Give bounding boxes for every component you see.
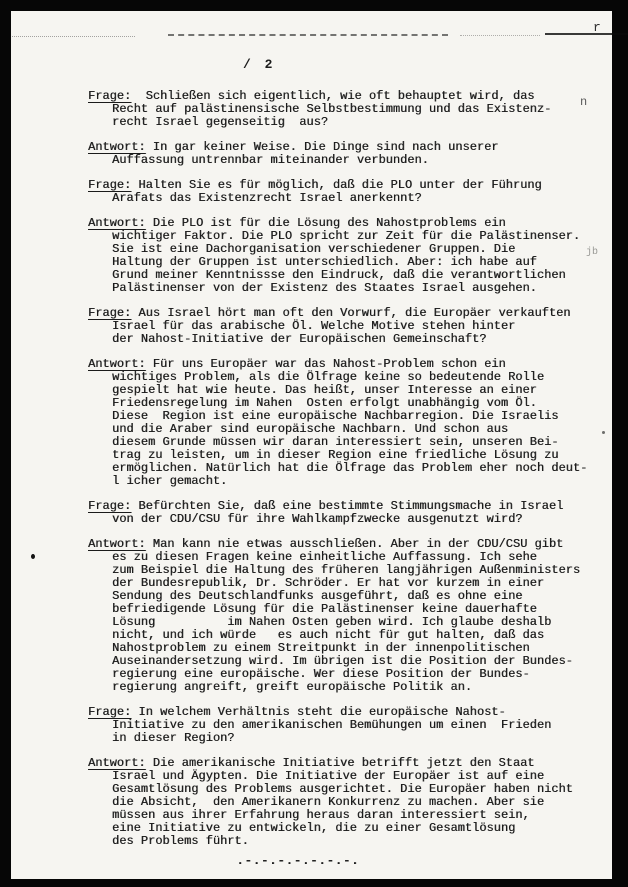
- qa-text: Die amerikanische Initiative betrifft je…: [146, 756, 535, 770]
- scan-artifact-line: [10, 36, 135, 37]
- answer-block: Antwort: In gar keiner Weise. Die Dinge …: [88, 141, 568, 167]
- question-label: Frage:: [88, 178, 131, 192]
- qa-line: der Nahost-Initiative der Europäischen G…: [88, 333, 568, 346]
- page-number: / 2: [243, 57, 275, 72]
- qa-line: in dieser Region?: [88, 732, 568, 745]
- ink-speck: [31, 554, 35, 559]
- scan-border-bottom: [0, 879, 628, 887]
- scanned-page: / 2 Frage: Schließen sich eigentlich, wi…: [0, 0, 628, 887]
- stray-mark: r: [593, 20, 601, 35]
- answer-label: Antwort:: [88, 537, 146, 551]
- scan-border-top: [0, 0, 628, 11]
- qa-text: In welchem Verhältnis steht die europäis…: [131, 705, 505, 719]
- qa-line: l icher gemacht.: [88, 475, 568, 488]
- scan-border-left: [0, 0, 11, 887]
- question-block: Frage: Befürchten Sie, daß eine bestimmt…: [88, 500, 568, 526]
- answer-label: Antwort:: [88, 357, 146, 371]
- question-block: Frage: Schließen sich eigentlich, wie of…: [88, 90, 568, 129]
- answer-label: Antwort:: [88, 216, 146, 230]
- answer-label: Antwort:: [88, 756, 146, 770]
- qa-text: Die PLO ist für die Lösung des Nahostpro…: [146, 216, 506, 230]
- qa-text: In gar keiner Weise. Die Dinge sind nach…: [146, 140, 499, 154]
- scan-artifact-line: [168, 34, 448, 36]
- answer-block: Antwort: Die PLO ist für die Lösung des …: [88, 217, 568, 295]
- stray-mark: n: [580, 95, 587, 109]
- qa-text: Schließen sich eigentlich, wie oft behau…: [131, 89, 534, 103]
- qa-line: Auffassung untrennbar miteinander verbun…: [88, 154, 568, 167]
- question-block: Frage: Halten Sie es für möglich, daß di…: [88, 179, 568, 205]
- qa-text: Man kann nie etwas ausschließen. Aber in…: [146, 537, 564, 551]
- answer-label: Antwort:: [88, 140, 146, 154]
- scan-border-right: [612, 0, 628, 887]
- question-label: Frage:: [88, 499, 131, 513]
- end-separator: .-.-.-.-.-.-.-.: [0, 854, 596, 868]
- question-label: Frage:: [88, 705, 131, 719]
- ink-speck: [602, 431, 605, 434]
- answer-block: Antwort: Man kann nie etwas ausschließen…: [88, 538, 568, 694]
- question-label: Frage:: [88, 306, 131, 320]
- qa-text: Halten Sie es für möglich, daß die PLO u…: [131, 178, 541, 192]
- question-block: Frage: Aus Israel hört man oft den Vorwu…: [88, 307, 568, 346]
- qa-line: des Problems führt.: [88, 835, 568, 848]
- answer-block: Antwort: Die amerikanische Initiative be…: [88, 757, 568, 848]
- scan-artifact-line: [460, 35, 540, 36]
- question-block: Frage: In welchem Verhältnis steht die e…: [88, 706, 568, 745]
- qa-line: Palästinenser von der Existenz des Staat…: [88, 282, 568, 295]
- stray-mark: jb: [586, 247, 598, 258]
- qa-line: regierung angreift, greift europäische P…: [88, 681, 568, 694]
- question-label: Frage:: [88, 89, 131, 103]
- scan-artifact-line: [545, 33, 628, 35]
- qa-line: von der CDU/CSU für ihre Wahlkampfzwecke…: [88, 513, 568, 526]
- answer-block: Antwort: Für uns Europäer war das Nahost…: [88, 358, 568, 488]
- qa-line: Arafats das Existenzrecht Israel anerken…: [88, 192, 568, 205]
- qa-text: Für uns Europäer war das Nahost-Problem …: [146, 357, 506, 371]
- qa-text: Befürchten Sie, daß eine bestimmte Stimm…: [131, 499, 563, 513]
- qa-text: Aus Israel hört man oft den Vorwurf, die…: [131, 306, 570, 320]
- qa-line: recht Israel gegenseitig aus?: [88, 116, 568, 129]
- document-body: Frage: Schließen sich eigentlich, wie of…: [88, 90, 568, 860]
